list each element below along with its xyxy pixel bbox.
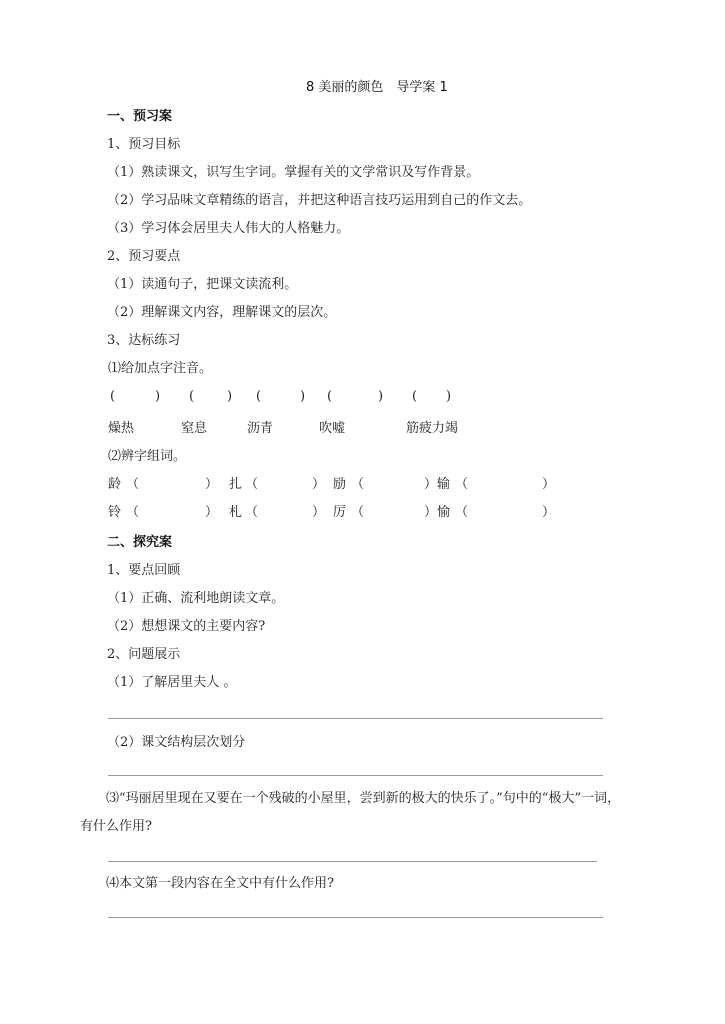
subheading-review: 1、要点回顾 <box>107 563 180 579</box>
pinyin-blank-4-close: ) <box>378 389 383 405</box>
section-heading-explore: 二、探究案 <box>107 535 172 551</box>
question-3-line-2: 有什么作用? <box>80 819 152 835</box>
distinguish-blank-open[interactable]: （ <box>126 477 139 493</box>
pinyin-blank-5-open[interactable]: ( <box>412 389 417 405</box>
distinguish-char-li2: 厉 <box>333 505 346 521</box>
distinguish-char-ling: 龄 <box>108 477 121 493</box>
goal-item-1: （1）熟读课文，识写生字词。掌握有关的文学常识及写作背景。 <box>107 165 479 181</box>
pinyin-blank-2-close: ) <box>227 389 232 405</box>
distinguish-char-zha: 扎 <box>229 477 242 493</box>
question-4: ⑷本文第一段内容在全文中有什么作用? <box>106 876 334 892</box>
distinguish-char-li: 励 <box>333 477 346 493</box>
distinguish-blank-close: ） <box>205 477 218 493</box>
document-page: 8 美丽的颜色 导学案 1 一、预习案 1、预习目标 （1）熟读课文，识写生字词… <box>0 0 725 1024</box>
pinyin-blank-2-open[interactable]: ( <box>189 389 194 405</box>
subheading-questions: 2、问题展示 <box>107 647 180 663</box>
pinyin-blank-1-open[interactable]: ( <box>110 389 115 405</box>
distinguish-blank-close: ） <box>312 505 325 521</box>
distinguish-blank-open[interactable]: （ <box>245 505 258 521</box>
pinyin-blank-1-close: ) <box>155 389 160 405</box>
keypoint-item-2: （2）理解课文内容，理解课文的层次。 <box>107 305 336 321</box>
distinguish-char-shu: 输 <box>437 477 450 493</box>
question-3-line-1: ⑶“玛丽居里现在又要在一个残破的小屋里，尝到新的极大的快乐了。”句中的“极大”一… <box>106 791 620 807</box>
distinguish-blank-open[interactable]: （ <box>455 505 468 521</box>
distinguish-blank-close: ） <box>424 505 437 521</box>
distinguish-blank-close: ） <box>542 477 555 493</box>
pinyin-word-2: 窒息 <box>181 421 207 437</box>
pinyin-blank-4-open[interactable]: ( <box>327 389 332 405</box>
goal-item-3: （3）学习体会居里夫人伟大的人格魅力。 <box>107 221 349 237</box>
subheading-practice: 3、达标练习 <box>107 333 180 349</box>
question-1: （1）了解居里夫人 。 <box>107 675 236 691</box>
pinyin-blank-3-open[interactable]: ( <box>256 389 261 405</box>
distinguish-blank-open[interactable]: （ <box>126 505 139 521</box>
distinguish-blank-open[interactable]: （ <box>351 505 364 521</box>
pinyin-word-4: 吹嘘 <box>319 421 345 437</box>
distinguish-char-yu: 愉 <box>437 505 450 521</box>
pinyin-blank-5-close: ) <box>446 389 451 405</box>
distinguish-blank-open[interactable]: （ <box>455 477 468 493</box>
pinyin-word-1: 燥热 <box>108 421 134 437</box>
answer-line-4[interactable] <box>108 917 603 918</box>
subheading-keypoints: 2、预习要点 <box>107 249 180 265</box>
distinguish-char-ling2: 铃 <box>108 505 121 521</box>
pinyin-blank-3-close: ) <box>300 389 305 405</box>
distinguish-blank-open[interactable]: （ <box>351 477 364 493</box>
review-item-1: （1）正确、流利地朗读文章。 <box>107 591 284 607</box>
answer-line-1[interactable] <box>108 718 603 719</box>
pinyin-word-3: 沥青 <box>247 421 273 437</box>
distinguish-blank-close: ） <box>312 477 325 493</box>
review-item-2: （2）想想课文的主要内容? <box>107 619 265 635</box>
subheading-goals: 1、预习目标 <box>107 137 180 153</box>
keypoint-item-1: （1）读通句子，把课文读流利。 <box>107 277 297 293</box>
pinyin-prompt: ⑴给加点字注音。 <box>108 361 212 377</box>
question-2: （2）课文结构层次划分 <box>107 735 245 751</box>
answer-line-2[interactable] <box>108 775 603 776</box>
distinguish-blank-close: ） <box>424 477 437 493</box>
answer-line-3[interactable] <box>108 861 597 862</box>
goal-item-2: （2）学习品味文章精练的语言，并把这种语言技巧运用到自己的作文去。 <box>107 193 531 209</box>
distinguish-blank-open[interactable]: （ <box>245 477 258 493</box>
document-title: 8 美丽的颜色 导学案 1 <box>306 80 448 96</box>
distinguish-prompt: ⑵辨字组词。 <box>108 449 186 465</box>
distinguish-blank-close: ） <box>205 505 218 521</box>
distinguish-blank-close: ） <box>542 505 555 521</box>
pinyin-word-5: 筋疲力竭 <box>406 421 458 437</box>
distinguish-char-zha2: 札 <box>229 505 242 521</box>
section-heading-preview: 一、预习案 <box>107 109 172 125</box>
